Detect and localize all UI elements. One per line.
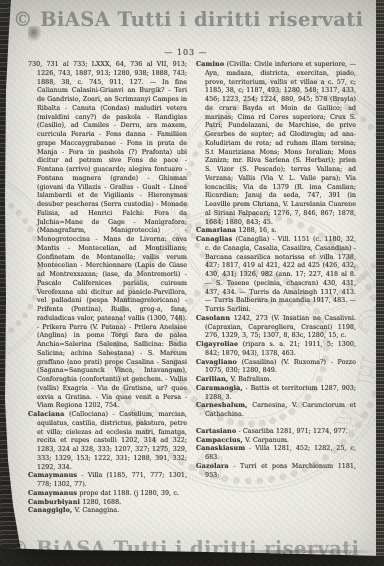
index-column-left: 730, 731 al 733; LXXX, 64, 736 al VII, 9… xyxy=(28,60,187,515)
index-entry: Calaciana (Callociana) - Castellum, marc… xyxy=(28,410,187,471)
index-entry: Cavagliano (Casailina) (V. Ruxoma?) - Po… xyxy=(196,358,356,376)
index-entry: Cigayroliae (ripara s. a. 21; 1911, 5; 1… xyxy=(196,340,356,358)
index-entry: Gazolara - Turri et pons Marchionum 1181… xyxy=(196,462,356,480)
index-entry: Canaglias (Canaglia) - Vill. 1151 (c. 11… xyxy=(196,235,356,314)
index-entry: Carneshalum, Carnesina, V. Carunciorum e… xyxy=(196,401,356,419)
scanned-book-page: G · C H R W · I S 1920 — 103 — 7 xyxy=(0,0,384,566)
index-column-right: Camino (Civilla: Civile inferiore et sup… xyxy=(196,60,356,479)
watermark-bottom: © BiASA Tutti i diritti riservati xyxy=(9,537,359,560)
index-entry: Casolann 1242, 273 (V. Insatian ne Casal… xyxy=(196,314,356,340)
index-entry: Canaggiglo, V. Canaggina. xyxy=(28,506,187,515)
index-entry: Carilian, V. Bafralism. xyxy=(196,375,356,384)
watermark-top: © BiASA Tutti i diritti riservati xyxy=(13,8,363,31)
index-entry: Camino (Civilla: Civile inferiore et sup… xyxy=(196,60,356,226)
index-entry: Camburbiyani 1280, 1688. xyxy=(28,498,187,507)
index-entry: Camaymanus prope dat 1188. (j 1280, 39, … xyxy=(28,489,187,498)
index-entry: 730, 731 al 733; LXXX, 64, 736 al VII, 9… xyxy=(28,60,187,410)
index-entry: Caramaogia, - Battis et territorium 1287… xyxy=(196,384,356,402)
index-entry: Cartasiano - Casarliba 1281, 971; 1274, … xyxy=(196,427,356,436)
index-entry: Campaccius, V. Carpanum. xyxy=(196,436,356,445)
page-number: — 103 — xyxy=(0,48,372,57)
index-entry: Camariana 1288, 16, s. xyxy=(196,226,356,235)
index-entry: Camaymanus - Villa (1185, 771, 777; 1301… xyxy=(28,471,187,489)
index-entry: Canaskiasum - Villa 1281, 452; 1282, 25,… xyxy=(196,444,356,462)
